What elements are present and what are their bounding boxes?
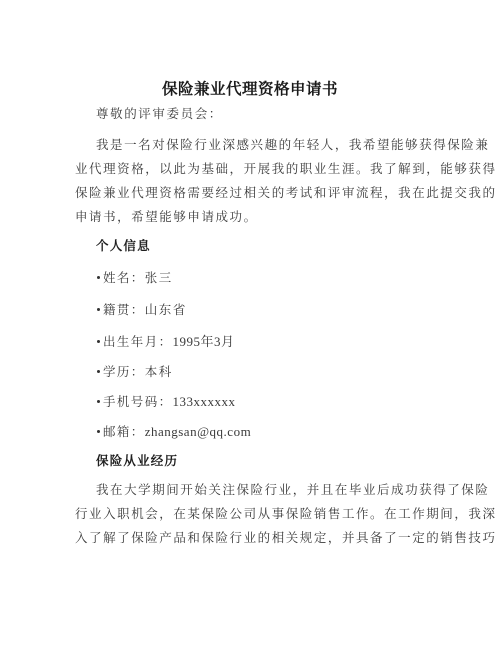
info-item-name: 姓名：张三 xyxy=(97,268,173,286)
info-item-birthdate: 出生年月：1995年3月 xyxy=(97,331,235,350)
info-value: 张三 xyxy=(145,270,173,285)
paragraph-line: 申请书，希望能够申请成功。 xyxy=(75,205,420,229)
info-item-hometown: 籍贯：山东省 xyxy=(97,300,187,318)
bullet-icon xyxy=(97,308,100,311)
experience-heading: 保险从业经历 xyxy=(96,451,178,469)
document-title: 保险兼业代理资格申请书 xyxy=(0,77,500,99)
salutation: 尊敬的评审委员会： xyxy=(96,104,223,122)
paragraph-line: 我在大学期间开始关注保险行业，并且在毕业后成功获得了保险 xyxy=(75,478,420,502)
bullet-icon xyxy=(97,400,100,403)
info-label: 出生年月： xyxy=(103,334,173,349)
document-page: 保险兼业代理资格申请书 尊敬的评审委员会： 我是一名对保险行业深感兴趣的年轻人，… xyxy=(0,0,500,647)
paragraph-line: 业代理资格，以此为基础，开展我的职业生涯。我了解到，能够获得 xyxy=(75,157,420,181)
bullet-icon xyxy=(97,340,100,343)
info-value: 1995年3月 xyxy=(173,334,235,349)
info-value: zhangsan@qq.com xyxy=(145,424,251,439)
paragraph-line: 入了解了保险产品和保险行业的相关规定，并具备了一定的销售技巧 xyxy=(75,526,420,550)
info-value: 133xxxxxx xyxy=(173,394,236,409)
personal-info-heading: 个人信息 xyxy=(96,236,151,254)
info-label: 手机号码： xyxy=(103,394,173,409)
paragraph-line: 保险兼业代理资格需要经过相关的考试和评审流程，我在此提交我的 xyxy=(75,181,420,205)
paragraph-line: 我是一名对保险行业深感兴趣的年轻人，我希望能够获得保险兼 xyxy=(75,133,420,157)
info-label: 姓名： xyxy=(103,270,145,285)
info-value: 山东省 xyxy=(145,302,187,317)
info-item-education: 学历：本科 xyxy=(97,362,173,380)
info-value: 本科 xyxy=(145,364,173,379)
bullet-icon xyxy=(97,276,100,279)
info-label: 籍贯： xyxy=(103,302,145,317)
paragraph-line: 行业入职机会，在某保险公司从事保险销售工作。在工作期间，我深 xyxy=(75,502,420,526)
intro-paragraph: 我是一名对保险行业深感兴趣的年轻人，我希望能够获得保险兼 业代理资格，以此为基础… xyxy=(75,133,420,229)
info-item-email: 邮箱：zhangsan@qq.com xyxy=(97,422,251,440)
experience-paragraph: 我在大学期间开始关注保险行业，并且在毕业后成功获得了保险 行业入职机会，在某保险… xyxy=(75,478,420,550)
info-label: 邮箱： xyxy=(103,424,145,439)
bullet-icon xyxy=(97,370,100,373)
info-label: 学历： xyxy=(103,364,145,379)
info-item-phone: 手机号码：133xxxxxx xyxy=(97,392,236,410)
bullet-icon xyxy=(97,430,100,433)
